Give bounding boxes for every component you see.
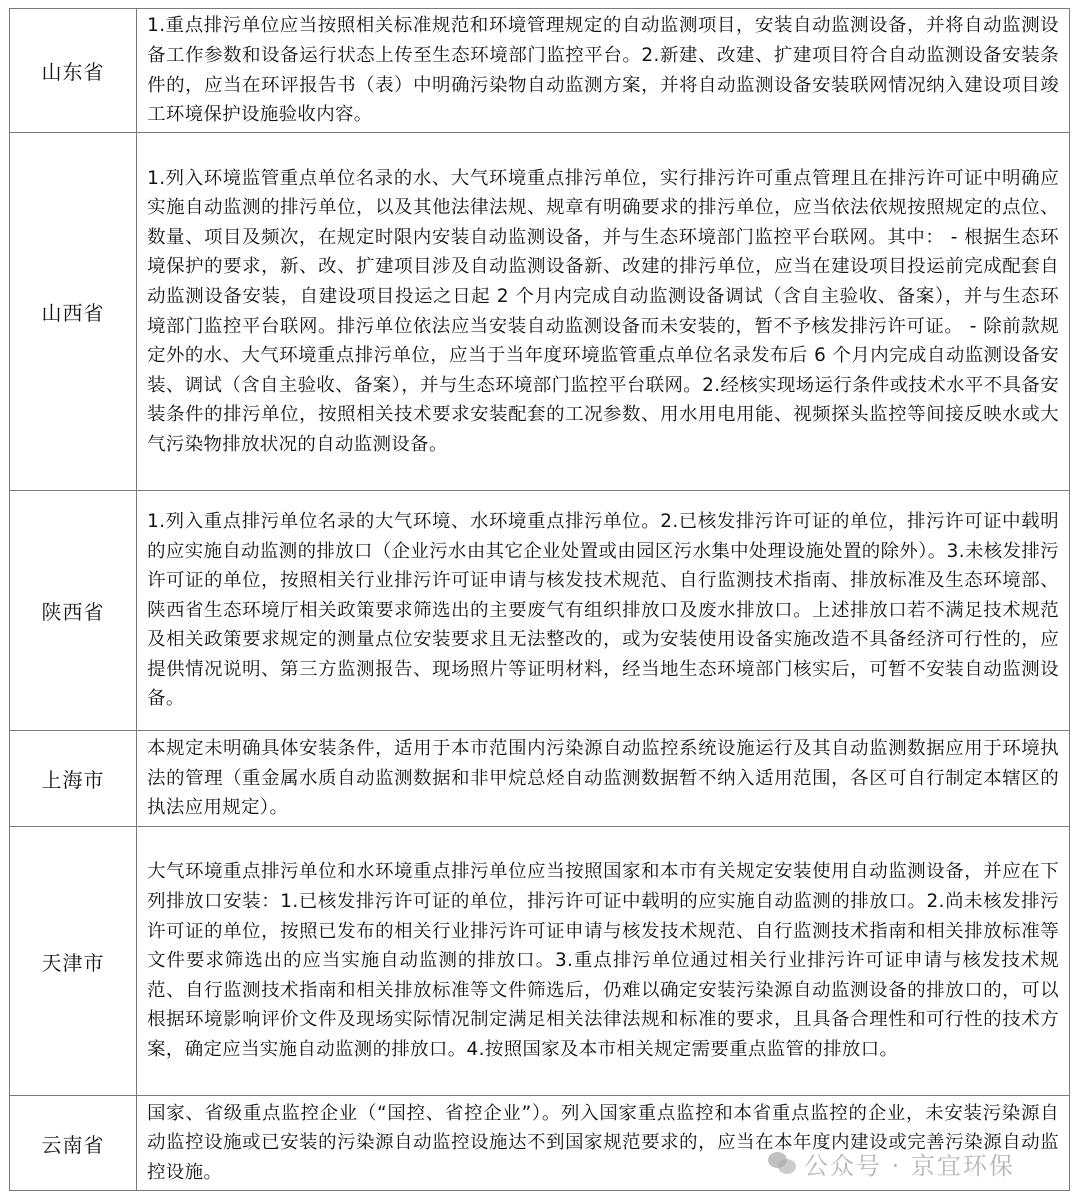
region-name: 云南省: [10, 1096, 137, 1191]
requirement-text: 国家、省级重点监控企业（“国控、省控企业”）。列入国家重点监控和本省重点监控的企…: [137, 1096, 1070, 1191]
table-row: 上海市 本规定未明确具体安装条件，适用于本市范围内污染源自动监控系统设施运行及其…: [10, 731, 1070, 827]
requirement-text: 1.列入重点排污单位名录的大气环境、水环境重点排污单位。2.已核发排污许可证的单…: [137, 491, 1070, 731]
region-name: 上海市: [10, 731, 137, 827]
requirement-text: 1.重点排污单位应当按照相关标准规范和环境管理规定的自动监测项目，安装自动监测设…: [137, 9, 1070, 133]
region-name: 山西省: [10, 133, 137, 491]
table-row: 天津市 大气环境重点排污单位和水环境重点排污单位应当按照国家和本市有关规定安装使…: [10, 827, 1070, 1096]
table-row: 山东省 1.重点排污单位应当按照相关标准规范和环境管理规定的自动监测项目，安装自…: [10, 9, 1070, 133]
requirement-text: 本规定未明确具体安装条件，适用于本市范围内污染源自动监控系统设施运行及其自动监测…: [137, 731, 1070, 827]
regional-requirements-table: 山东省 1.重点排污单位应当按照相关标准规范和环境管理规定的自动监测项目，安装自…: [9, 8, 1070, 1191]
table-row: 陕西省 1.列入重点排污单位名录的大气环境、水环境重点排污单位。2.已核发排污许…: [10, 491, 1070, 731]
region-name: 陕西省: [10, 491, 137, 731]
table-row: 云南省 国家、省级重点监控企业（“国控、省控企业”）。列入国家重点监控和本省重点…: [10, 1096, 1070, 1191]
requirement-text: 大气环境重点排污单位和水环境重点排污单位应当按照国家和本市有关规定安装使用自动监…: [137, 827, 1070, 1096]
requirement-text: 1.列入环境监管重点单位名录的水、大气环境重点排污单位，实行排污许可重点管理且在…: [137, 133, 1070, 491]
table-row: 山西省 1.列入环境监管重点单位名录的水、大气环境重点排污单位，实行排污许可重点…: [10, 133, 1070, 491]
region-name: 天津市: [10, 827, 137, 1096]
region-name: 山东省: [10, 9, 137, 133]
